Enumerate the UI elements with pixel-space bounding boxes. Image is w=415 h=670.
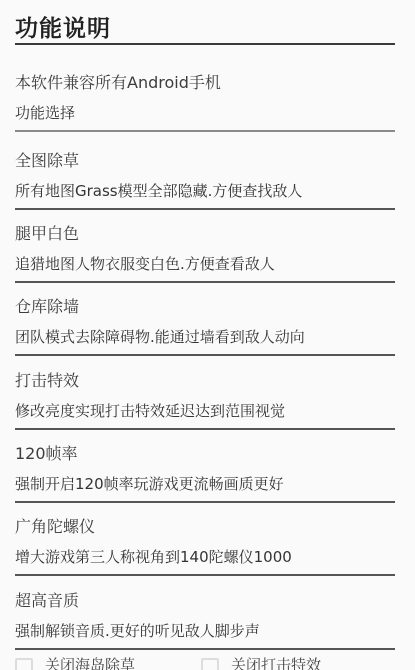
divider: [15, 574, 395, 576]
feature-name: 超高音质: [15, 590, 395, 612]
divider: [15, 354, 395, 356]
section-label: 功能选择: [15, 102, 395, 124]
feature-item-white-armor: 腿甲白色 追猎地图人物衣服变白色.方便查看敌人: [15, 223, 395, 283]
feature-name: 全图除草: [15, 150, 395, 172]
feature-item-gyro: 广角陀螺仪 增大游戏第三人称视角到140陀螺仪1000: [15, 516, 395, 576]
divider: [15, 281, 395, 283]
feature-name: 仓库除墙: [15, 296, 395, 318]
feature-item-audio: 超高音质 强制解锁音质.更好的听见敌人脚步声: [15, 590, 395, 650]
feature-name: 打击特效: [15, 370, 395, 392]
feature-item-grass: 全图除草 所有地图Grass模型全部隐藏.方便查找敌人: [15, 150, 395, 210]
feature-desc: 所有地图Grass模型全部隐藏.方便查找敌人: [15, 180, 395, 202]
checkbox-box[interactable]: [201, 658, 219, 670]
checkbox-box[interactable]: [15, 658, 33, 670]
feature-name: 120帧率: [15, 443, 395, 465]
checkbox-row: 关闭海岛除草 关闭打击特效: [15, 656, 415, 670]
feature-desc: 追猎地图人物衣服变白色.方便查看敌人: [15, 253, 395, 275]
feature-item-120fps: 120帧率 强制开启120帧率玩游戏更流畅画质更好: [15, 443, 395, 503]
intro-section: 本软件兼容所有Android手机 功能选择: [15, 72, 395, 132]
page-title: 功能说明: [15, 10, 111, 43]
checkbox-label[interactable]: 关闭打击特效: [231, 656, 321, 670]
checkbox-disable-hit-effect[interactable]: 关闭打击特效: [201, 656, 321, 670]
feature-desc: 团队模式去除障碍物.能通过墙看到敌人动向: [15, 326, 395, 348]
checkbox-label[interactable]: 关闭海岛除草: [45, 656, 135, 670]
feature-desc: 修改亮度实现打击特效延迟达到范围视觉: [15, 400, 395, 422]
divider: [15, 648, 395, 650]
divider: [15, 428, 395, 430]
divider: [15, 130, 395, 132]
feature-desc: 增大游戏第三人称视角到140陀螺仪1000: [15, 546, 395, 568]
feature-name: 广角陀螺仪: [15, 516, 395, 538]
checkbox-disable-island-grass[interactable]: 关闭海岛除草: [15, 656, 135, 670]
divider: [15, 208, 395, 210]
compat-text: 本软件兼容所有Android手机: [15, 72, 395, 94]
feature-desc: 强制解锁音质.更好的听见敌人脚步声: [15, 620, 395, 642]
feature-item-remove-walls: 仓库除墙 团队模式去除障碍物.能通过墙看到敌人动向: [15, 296, 395, 356]
feature-item-hit-effect: 打击特效 修改亮度实现打击特效延迟达到范围视觉: [15, 370, 395, 430]
feature-desc: 强制开启120帧率玩游戏更流畅画质更好: [15, 473, 395, 495]
divider: [15, 501, 395, 503]
title-divider: [15, 43, 395, 45]
feature-name: 腿甲白色: [15, 223, 395, 245]
